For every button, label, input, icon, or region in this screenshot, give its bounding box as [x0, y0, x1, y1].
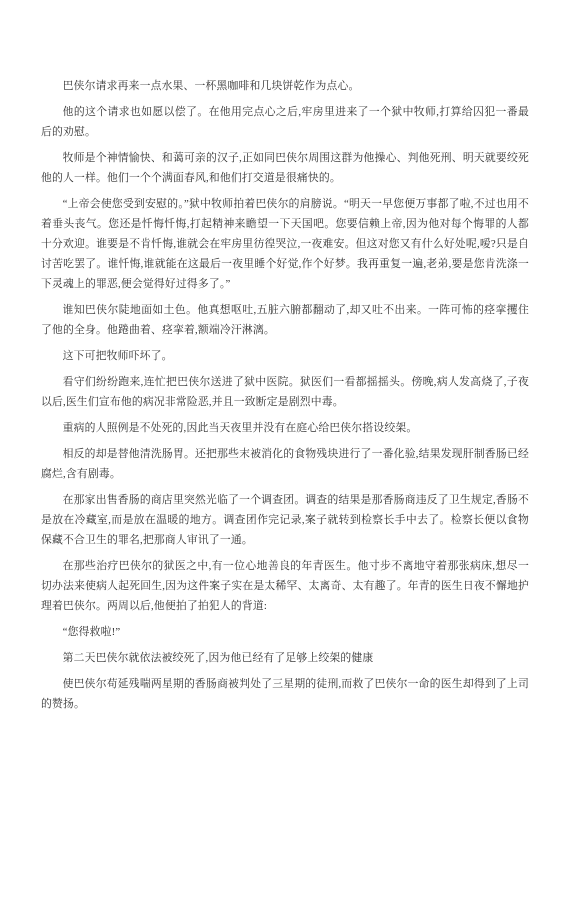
paragraph: 巴侠尔请求再来一点水果、一杯黑咖啡和几块饼乾作为点心。 — [41, 76, 529, 96]
document-page: 巴侠尔请求再来一点水果、一杯黑咖啡和几块饼乾作为点心。他的这个请求也如愿以偿了。… — [0, 0, 582, 917]
paragraph: 这下可把牧师吓坏了。 — [41, 346, 529, 366]
paragraph: “您得救啦!” — [41, 622, 529, 642]
paragraph: 重病的人照例是不处死的,因此当天夜里并没有在庭心给巴侠尔搭设绞架。 — [41, 418, 529, 438]
paragraph: “上帝会使您受到安慰的。”狱中牧师拍着巴侠尔的肩膀说。“明天一早您便万事都了啦,… — [41, 194, 529, 294]
paragraph: 看守们纷纷跑来,连忙把巴侠尔送进了狱中医院。狱医们一看都摇摇头。傍晚,病人发高烧… — [41, 372, 529, 412]
story-text-block: 巴侠尔请求再来一点水果、一杯黑咖啡和几块饼乾作为点心。他的这个请求也如愿以偿了。… — [41, 76, 529, 714]
paragraph: 牧师是个神情愉快、和蔼可亲的汉子,正如同巴侠尔周围这群为他操心、判他死刑、明天就… — [41, 148, 529, 188]
paragraph: 相反的却是替他清洗肠胃。还把那些末被消化的食物残块进行了一番化验,结果发现肝制香… — [41, 444, 529, 484]
paragraph: 在那些治疗巴侠尔的狱医之中,有一位心地善良的年青医生。他寸步不离地守着那张病床,… — [41, 556, 529, 616]
paragraph: 使巴侠尔苟延残喘两星期的香肠商被判处了三星期的徒刑,而救了巴侠尔一命的医生却得到… — [41, 674, 529, 714]
paragraph: 第二天巴侠尔就依法被绞死了,因为他已经有了足够上绞架的健康 — [41, 648, 529, 668]
paragraph: 他的这个请求也如愿以偿了。在他用完点心之后,牢房里进来了一个狱中牧师,打算给囚犯… — [41, 102, 529, 142]
paragraph: 在那家出售香肠的商店里突然光临了一个调查团。调查的结果是那香肠商违反了卫生规定,… — [41, 490, 529, 550]
paragraph: 谁知巴侠尔陡地面如土色。他真想呕吐,五脏六腑都翻动了,却又吐不出来。一阵可怖的痉… — [41, 300, 529, 340]
